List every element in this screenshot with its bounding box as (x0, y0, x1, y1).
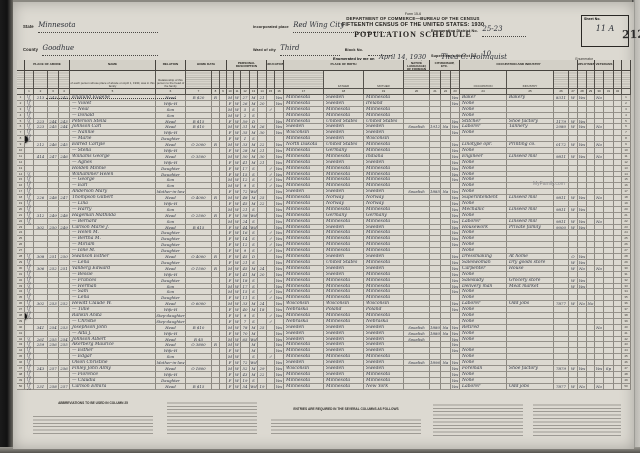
column-subheader (578, 71, 587, 89)
column-subheader (614, 71, 622, 89)
column-group-header (17, 60, 25, 71)
column-subheader (241, 71, 250, 89)
column-subheader (234, 71, 241, 89)
cell-age_married: 19 (258, 384, 267, 390)
column-group-header: VETERANS (595, 60, 614, 71)
state-label: State (23, 24, 34, 29)
cell-color: W (234, 384, 241, 390)
column-subheader: of each person whose place of abode on A… (70, 71, 156, 89)
scanned-census-page: State Minnesota County Goodhue Township … (0, 0, 640, 453)
cell-relation: Head (156, 384, 186, 390)
cell-code: 7877 (554, 384, 569, 390)
column-subheader (212, 71, 220, 89)
column-subheader (25, 71, 34, 89)
column-subheader (275, 71, 284, 89)
sheet-value: 11 A (584, 24, 626, 33)
column-subheader: FATHER (324, 71, 364, 89)
column-subheader (595, 71, 604, 89)
ward-label: Ward of city (253, 48, 276, 52)
cell-class: W (569, 384, 578, 390)
column-subheader (622, 71, 631, 89)
cell-veteran: No (595, 384, 604, 390)
column-subheader (250, 71, 258, 89)
page-stamp: 212 (622, 28, 640, 41)
column-subheader (404, 71, 430, 89)
cell-employed: No (578, 384, 587, 390)
cell-father_bp: Minnesota (324, 384, 364, 390)
column-subheader (59, 71, 70, 89)
column-subheader: MOTHER (364, 71, 404, 89)
column-subheader (441, 71, 451, 89)
cell-industry: Odd jobs (507, 384, 554, 390)
ward-value: Third (280, 44, 299, 52)
column-subheader (569, 71, 578, 89)
column-group-header: RELATION (156, 60, 186, 71)
column-group-header: PERSONAL DESCRIPTION (227, 60, 267, 71)
column-subheader (34, 71, 48, 89)
cell-marital: Wd (250, 384, 258, 390)
cell-tongue (404, 384, 430, 390)
column-subheader (220, 71, 227, 89)
census-table: PLACE OF ABODENAMERELATIONHOME DATAPERSO… (17, 60, 630, 390)
state-value: Minnesota (38, 21, 75, 29)
county-value: Goodhue (42, 44, 74, 52)
column-subheader (186, 71, 212, 89)
column-group-header: PLACE OF ABODE (25, 60, 70, 71)
cell-ln2: 50 (622, 384, 631, 390)
footer-text-block (433, 402, 523, 436)
column-group-header: NAME (70, 60, 156, 71)
scan-left-edge (0, 0, 13, 453)
table-row: 50231258257Carlson ElmiraHeadR $15FW54Wd… (17, 384, 630, 390)
footer-text-block (533, 402, 621, 436)
cell-farm_no (614, 384, 622, 390)
column-subheader (451, 71, 460, 89)
column-subheader: INDUSTRY (507, 71, 554, 89)
cell-sex: F (227, 384, 234, 390)
column-group-header: MOTHER TONGUE (OR NATIVE LANGUAGE) OF FO… (404, 60, 430, 71)
watermark: MyFamily.com (533, 181, 565, 187)
cell-english: Yes (451, 384, 460, 390)
cell-house: 231 (34, 384, 48, 390)
column-subheader (227, 71, 234, 89)
sheet-label: Sheet No. (584, 17, 626, 21)
county-label: County (23, 47, 38, 52)
cell-occupation: Laborer (460, 384, 507, 390)
column-subheader: Relationship of this person to the head … (156, 71, 186, 89)
cell-ln: 50 (17, 384, 25, 390)
census-sheet: State Minnesota County Goodhue Township … (13, 2, 634, 449)
column-group-header: HOME DATA (186, 60, 227, 71)
ed-value: 25-23 (482, 25, 502, 33)
cell-name: Carlson Elmira (70, 384, 156, 390)
column-subheader (587, 71, 595, 89)
column-group-header (622, 60, 631, 71)
footer-text-block (271, 418, 421, 434)
column-subheader: OCCUPATION (460, 71, 507, 89)
footer-text-block (33, 414, 153, 434)
column-subheader (17, 71, 25, 89)
column-subheader (430, 71, 441, 89)
column-group-header: EMPLOYMENT (578, 60, 595, 71)
column-group-header: PLACE OF BIRTH (284, 60, 404, 71)
incorporated-label: Incorporated place (253, 25, 289, 29)
cell-unemployed (587, 384, 595, 390)
column-subheader (48, 71, 59, 89)
cell-nat (441, 384, 451, 390)
column-subheader (604, 71, 614, 89)
cell-farm (220, 384, 227, 390)
column-group-header (614, 60, 622, 71)
cell-radio (212, 384, 220, 390)
column-subheader (267, 71, 275, 89)
cell-age: 54 (241, 384, 250, 390)
column-subheader (554, 71, 569, 89)
column-group-header: OCCUPATION AND INDUSTRY (460, 60, 578, 71)
cell-school (267, 384, 275, 390)
column-subheader (284, 71, 324, 89)
column-group-header: CITIZENSHIP, ETC. (430, 60, 460, 71)
street-name-handwriting (25, 384, 34, 390)
footer-notes: ABBREVIATIONS TO BE USED IN COLUMN 25 EN… (19, 398, 629, 442)
column-subheader (258, 71, 267, 89)
cell-mother_bp: New York (364, 384, 404, 390)
cell-dwelling: 258 (48, 384, 59, 390)
cell-birthplace: Minnesota (284, 384, 324, 390)
cell-read_write: Yes (275, 384, 284, 390)
entries-title: ENTRIES ARE REQUIRED IN THE SEVERAL COLU… (271, 408, 421, 412)
ed-label: Enumeration District No. (431, 29, 478, 33)
footer-text-block (167, 402, 257, 434)
cell-war (604, 384, 614, 390)
column-group-header: EDUCATION (267, 60, 284, 71)
abbreviations-title: ABBREVIATIONS TO BE USED IN COLUMN 25 (33, 402, 153, 406)
cell-home_value: R $15 (186, 384, 212, 390)
cell-family: 257 (59, 384, 70, 390)
cell-imm_year (430, 384, 441, 390)
